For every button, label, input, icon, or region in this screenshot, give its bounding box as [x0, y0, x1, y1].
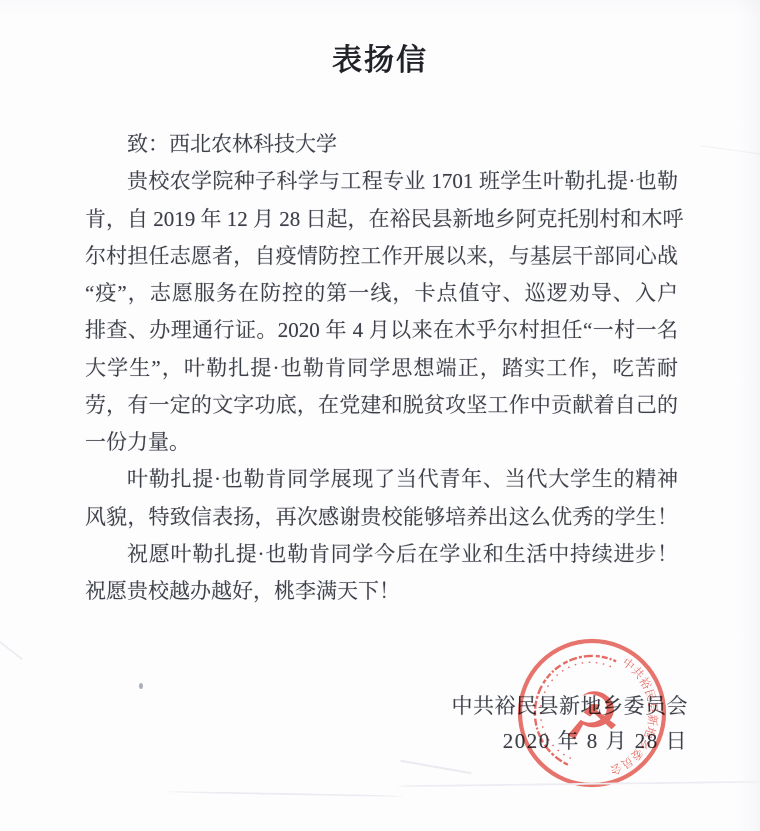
signature-org: 中共裕民县新地乡委员会 [452, 694, 689, 718]
body-line: 大学生”，叶勒扎提·也勒肯同学思想端正，踏实工作，吃苦耐 [85, 350, 678, 387]
body-line: 祝愿叶勒扎提·也勒肯同学今后在学业和生活中持续进步！ [85, 536, 678, 573]
paper-crease [700, 145, 760, 156]
body-line: 贵校农学院种子科学与工程专业 1701 班学生叶勒扎提·也勒 [85, 163, 678, 200]
body-line: 叶勒扎提·也勒肯同学展现了当代青年、当代大学生的精神 [85, 461, 678, 498]
body-line: 祝愿贵校越办越好，桃李满天下！ [85, 573, 678, 610]
body-line: 肯，自 2019 年 12 月 28 日起，在裕民县新地乡阿克托别村和木呼 [85, 201, 678, 238]
scanned-letter-page: 表扬信 致：西北农林科技大学贵校农学院种子科学与工程专业 1701 班学生叶勒扎… [0, 0, 760, 831]
letter-title: 表扬信 [0, 45, 760, 77]
body-line: 尔村担任志愿者，自疫情防控工作开展以来，与基层干部同心战 [85, 238, 678, 275]
body-line: 风貌，特致信表扬，再次感谢贵校能够培养出这么优秀的学生！ [85, 499, 678, 536]
scan-speck [96, 335, 99, 338]
letter-body: 致：西北农林科技大学贵校农学院种子科学与工程专业 1701 班学生叶勒扎提·也勒… [85, 126, 678, 610]
body-line: 排查、办理通行证。2020 年 4 月以来在木乎尔村担任“一村一名 [85, 312, 678, 349]
paper-crease [0, 638, 23, 661]
signature-date: 2020 年 8 月 28 日 [503, 729, 688, 753]
body-line: 劳，有一定的文字功底，在党建和脱贫攻坚工作中贡献着自己的 [85, 387, 678, 424]
paper-crease [168, 791, 403, 798]
body-line: 致：西北农林科技大学 [85, 126, 678, 163]
body-line: “疫”，志愿服务在防控的第一线，卡点值守、巡逻劝导、入户 [85, 275, 678, 312]
paper-crease [400, 760, 471, 774]
scan-speck [139, 683, 143, 689]
body-line: 一份力量。 [85, 424, 678, 461]
paper-crease [398, 781, 760, 787]
